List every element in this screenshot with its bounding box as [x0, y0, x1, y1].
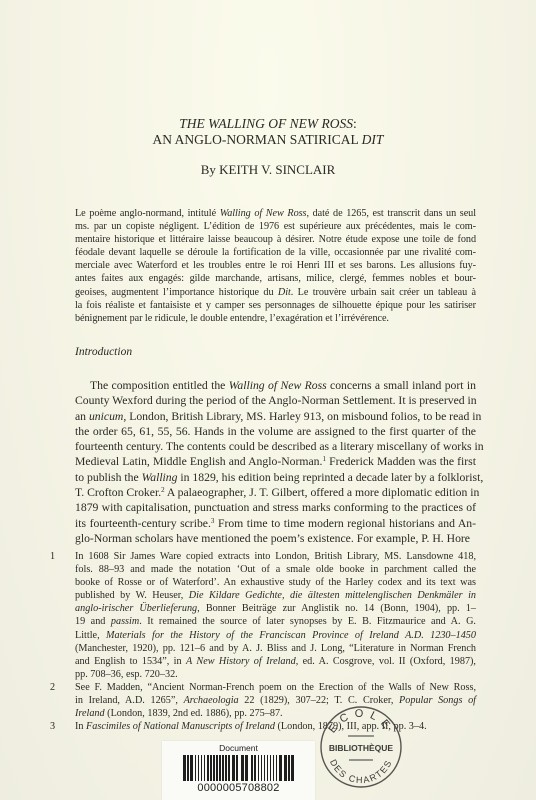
text-line: Medieval Latin, Middle English and Anglo… — [75, 454, 476, 469]
text-line: antes faites aux engagés: gilde marchand… — [75, 272, 476, 285]
text-line: Le poème anglo-normand, intitulé Walling… — [75, 207, 476, 220]
text-line: an unicum, London, British Library, MS. … — [75, 409, 476, 424]
text-line: féodale devant laquelle se déroule la fo… — [75, 246, 476, 259]
footnote-line: Little, Materials for the History of the… — [75, 629, 476, 642]
footnote-ref[interactable]: 2 — [161, 486, 165, 494]
text-line: T. Crofton Croker.2 A palaeographer, J. … — [75, 485, 476, 500]
text-line: its fourteenth-century scribe.3 From tim… — [75, 516, 476, 531]
subtitle-plain: AN ANGLO-NORMAN SATIRICAL — [153, 132, 362, 147]
footnote-1: 1In 1608 Sir James Ware copied extracts … — [50, 550, 476, 681]
footnote-line: published by W. Heuser, Die Kildare Gedi… — [75, 589, 476, 602]
article-title: THE WALLING OF NEW ROSS: — [0, 116, 536, 131]
text-line: geoises, augmentent l’importance histori… — [75, 286, 476, 299]
footnote-line: and English to 1534”, in A New History o… — [75, 655, 476, 668]
footnote-number: 1 — [50, 550, 55, 563]
text-line: bénignement par le ridicule, le double e… — [75, 312, 476, 325]
svg-text:DES CHARTES: DES CHARTES — [328, 758, 394, 785]
text-line: the order 65, 61, 55, 56. Hands in the v… — [75, 424, 476, 439]
svg-text:BIBLIOTHÈQUE: BIBLIOTHÈQUE — [329, 743, 394, 753]
article-subtitle: AN ANGLO-NORMAN SATIRICAL DIT — [0, 132, 536, 147]
text-line: County Wexford during the period of the … — [75, 393, 476, 408]
body-paragraph: The composition entitled the Walling of … — [75, 378, 476, 546]
footnote-line: In 1608 Sir James Ware copied extracts i… — [75, 550, 476, 563]
title-italic: THE WALLING OF NEW ROSS — [179, 116, 353, 131]
footnote-line: See F. Madden, “Ancient Norman-French po… — [75, 681, 476, 694]
barcode-header: Document — [162, 743, 315, 753]
section-heading-introduction: Introduction — [75, 346, 132, 358]
footnote-ref[interactable]: 3 — [211, 517, 215, 525]
footnote-line: Ireland (London, 1839, 2nd ed. 1886), pp… — [75, 707, 476, 720]
footnote-number: 2 — [50, 681, 55, 694]
footnote-3: 3In Fascimiles of National Manuscripts o… — [50, 720, 476, 733]
footnote-ref[interactable]: 1 — [322, 455, 326, 463]
svg-text:ECOLE: ECOLE — [326, 708, 395, 736]
text-line: The composition entitled the Walling of … — [75, 378, 476, 393]
text-line: la fois réaliste et fantaisiste et y cam… — [75, 299, 476, 312]
text-line: 1879 with capitalisation, punctuation an… — [75, 500, 476, 515]
footnote-line: fols. 88–93 and made the notation ‘Out o… — [75, 563, 476, 576]
barcode-label: Document 0000005708802 — [162, 741, 315, 800]
text-line: merciale avec Waterford et les troubles … — [75, 259, 476, 272]
footnote-line: anglo-irischer Überlieferung, Bonner Bei… — [75, 602, 476, 615]
text-line: to publish the Walling in 1829, his edit… — [75, 470, 476, 485]
footnote-number: 3 — [50, 720, 55, 733]
footnote-line: in Ireland, A.D. 1265”, Archaeologia 22 … — [75, 694, 476, 707]
subtitle-italic: DIT — [362, 132, 384, 147]
title-colon: : — [353, 116, 357, 131]
text-line: glo-Norman scholars have mentioned the p… — [75, 531, 476, 546]
author-byline: By KEITH V. SINCLAIR — [0, 162, 536, 177]
footnote-line: booke of Rosse or of Waterford’. An exha… — [75, 576, 476, 589]
text-line: mentaire historique et littéraire laisse… — [75, 233, 476, 246]
text-line: ms. par un copiste négligent. L’édition … — [75, 220, 476, 233]
barcode-bars — [183, 755, 295, 781]
library-stamp: ECOLE BIBLIOTHÈQUE DES CHARTES — [318, 704, 404, 790]
barcode-number: 0000005708802 — [162, 782, 315, 794]
footnote-2: 2See F. Madden, “Ancient Norman-French p… — [50, 681, 476, 720]
footnotes: 1In 1608 Sir James Ware copied extracts … — [50, 550, 476, 733]
footnote-line: 19 and passim. It remained the source of… — [75, 615, 476, 628]
footnote-line: pp. 708–36, esp. 720–32. — [75, 668, 476, 681]
footnote-line: In Fascimiles of National Manuscripts of… — [75, 720, 476, 733]
stamp-circle-icon: ECOLE BIBLIOTHÈQUE DES CHARTES — [318, 704, 404, 790]
text-line: fourteenth century. The contents could b… — [75, 439, 476, 454]
footnote-line: (Manchester, 1920), pp. 121–6 and by A. … — [75, 642, 476, 655]
abstract-french: Le poème anglo-normand, intitulé Walling… — [75, 207, 476, 325]
